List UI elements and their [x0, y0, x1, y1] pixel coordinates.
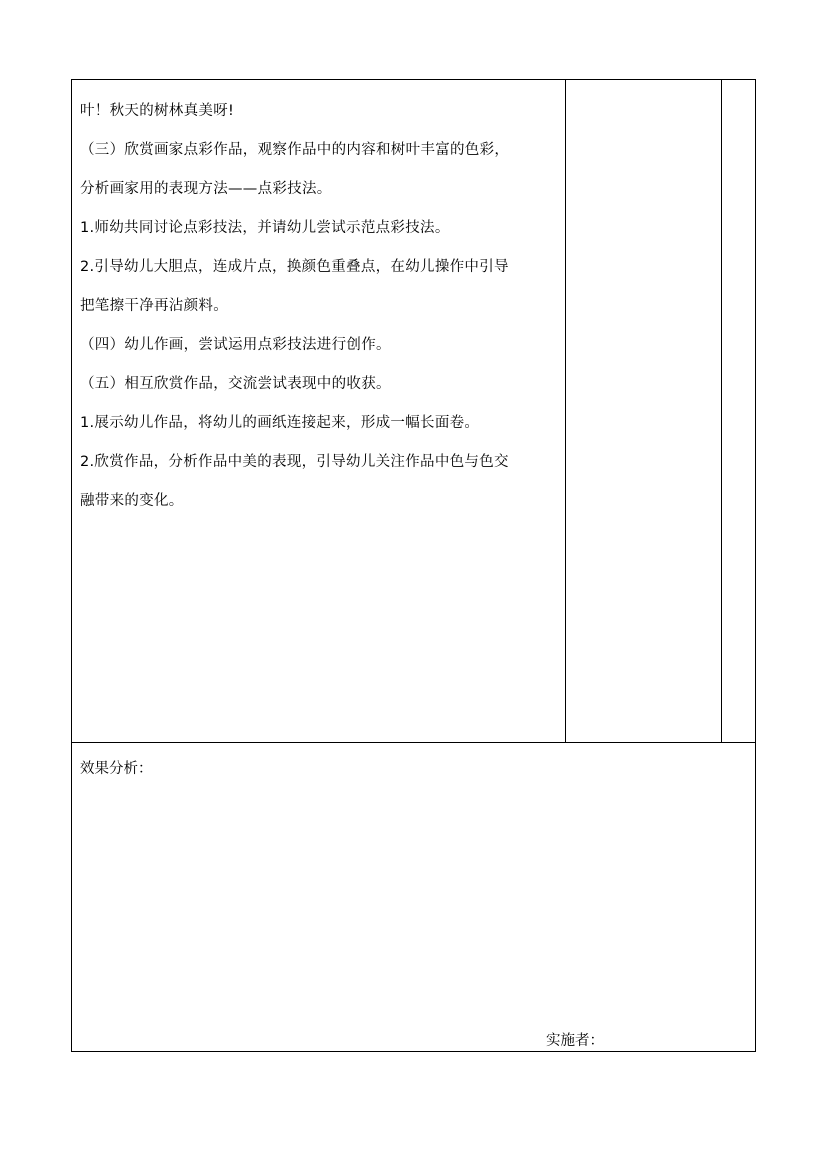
- content-line: 1.展示幼儿作品，将幼儿的画纸连接起来，形成一幅长面卷。: [80, 404, 560, 443]
- content-line: 2.引导幼儿大胆点，连成片点，换颜色重叠点，在幼儿操作中引导: [80, 248, 560, 287]
- content-line: 把笔擦干净再沾颜料。: [80, 287, 560, 326]
- content-line: （五）相互欣赏作品，交流尝试表现中的收获。: [80, 365, 560, 404]
- activity-process-row: 叶！秋天的树林真美呀! （三）欣赏画家点彩作品，观察作品中的内容和树叶丰富的色彩…: [72, 80, 755, 743]
- activity-content-cell: 叶！秋天的树林真美呀! （三）欣赏画家点彩作品，观察作品中的内容和树叶丰富的色彩…: [72, 80, 566, 742]
- content-line: 分析画家用的表现方法——点彩技法。: [80, 170, 560, 209]
- implementer-label: 实施者：: [546, 1029, 604, 1050]
- content-line: 融带来的变化。: [80, 482, 560, 521]
- content-line: 叶！秋天的树林真美呀!: [80, 92, 560, 131]
- extra-cell: [722, 80, 755, 742]
- notes-cell: [566, 80, 722, 742]
- lesson-plan-table: 叶！秋天的树林真美呀! （三）欣赏画家点彩作品，观察作品中的内容和树叶丰富的色彩…: [71, 79, 756, 1052]
- effect-analysis-label: 效果分析：: [80, 757, 153, 778]
- content-line: 2.欣赏作品，分析作品中美的表现，引导幼儿关注作品中色与色交: [80, 443, 560, 482]
- content-line: 1.师幼共同讨论点彩技法，并请幼儿尝试示范点彩技法。: [80, 209, 560, 248]
- activity-content-text: 叶！秋天的树林真美呀! （三）欣赏画家点彩作品，观察作品中的内容和树叶丰富的色彩…: [80, 92, 560, 521]
- effect-analysis-row: 效果分析： 实施者：: [72, 743, 755, 1051]
- content-line: （四）幼儿作画，尝试运用点彩技法进行创作。: [80, 326, 560, 365]
- content-line: （三）欣赏画家点彩作品，观察作品中的内容和树叶丰富的色彩，: [80, 131, 560, 170]
